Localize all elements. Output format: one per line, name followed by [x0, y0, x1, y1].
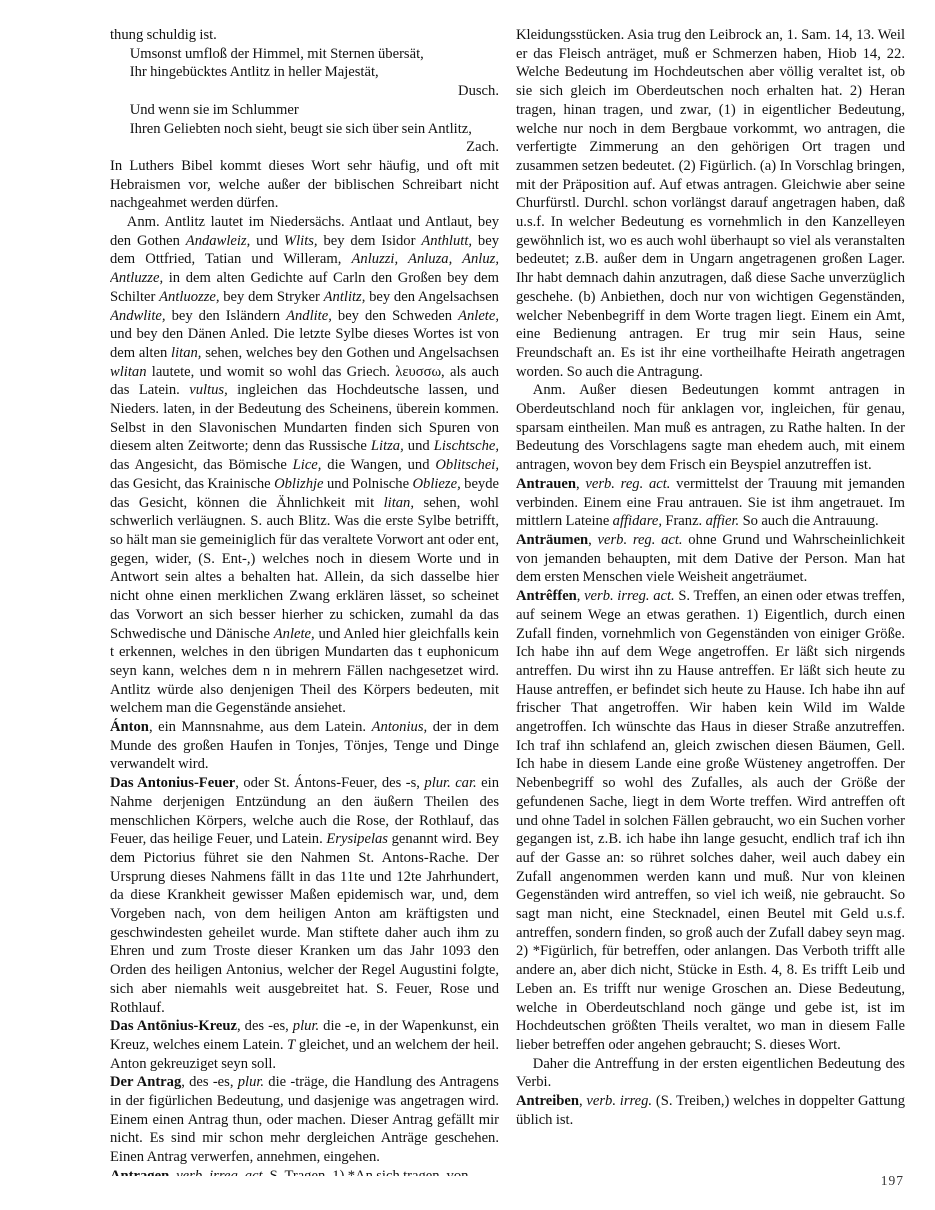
text-segment: S. Treffen, an einen oder etwas treffen,…: [516, 588, 905, 1053]
text-segment: Lischtsche,: [434, 438, 499, 454]
paragraph-antreffung: Daher die Antreffung in der ersten eigen…: [516, 1055, 905, 1092]
text-segment: bey den Angelsachsen: [365, 289, 499, 305]
text-segment: bey den Isländern: [166, 308, 287, 324]
headword: Antrêffen: [516, 588, 577, 604]
text-segment: Wlits,: [284, 233, 318, 249]
text-segment: , ein Mannsnahme, aus dem Latein.: [149, 719, 372, 735]
entry-antraeumen: Anträumen, verb. reg. act. ohne Grund un…: [516, 531, 905, 587]
text-segment: Ihr hingebücktes Antlitz in heller Majes…: [130, 64, 379, 80]
text-segment: genannt wird. Bey dem Pictorius führet s…: [110, 831, 499, 1015]
entry-antreiben: Antreiben, verb. irreg. (S. Treiben,) we…: [516, 1092, 905, 1129]
text-segment: Anlete,: [458, 308, 499, 324]
text-segment: ,: [588, 532, 597, 548]
left-column: thung schuldig ist.Umsonst umfloß der Hi…: [110, 26, 499, 1176]
text-segment: Andwlite,: [110, 308, 166, 324]
text-segment: vultus,: [189, 382, 228, 398]
poem-attribution: Dusch.: [110, 82, 499, 101]
text-segment: das Angesicht, das Bömische: [110, 457, 293, 473]
text-segment: Andawleiz,: [186, 233, 250, 249]
text-segment: Anlete,: [274, 626, 315, 642]
text-segment: Daher die Antreffung in der ersten eigen…: [516, 1056, 905, 1091]
text-segment: litan,: [171, 345, 201, 361]
page-number: 197: [881, 1173, 904, 1189]
text-segment: verb. reg. act.: [598, 532, 683, 548]
right-column: Kleidungsstücken. Asia trug den Leibrock…: [516, 26, 905, 1176]
headword: Antrauen: [516, 476, 576, 492]
entry-antonius-kreuz: Das Antōnius-Kreuz, des -es, plur. die -…: [110, 1017, 499, 1073]
text-segment: Litza,: [371, 438, 404, 454]
poem-line: Und wenn sie im Schlummer: [110, 101, 499, 120]
text-segment: sehen, wohl schwerlich verläugnen. S. au…: [110, 495, 499, 642]
text-segment: Antluozze,: [159, 289, 219, 305]
text-segment: Ihren Geliebten noch sieht, beugt sie si…: [130, 121, 472, 137]
text-segment: verb. irreg.: [586, 1093, 652, 1109]
text-segment: Andlite,: [286, 308, 332, 324]
headword: Antragen: [110, 1168, 169, 1176]
text-segment: und: [404, 438, 434, 454]
entry-antragen: Antragen, verb. irreg. act. S. Tragen. 1…: [110, 1167, 499, 1176]
paragraph: In Luthers Bibel kommt dieses Wort sehr …: [110, 157, 499, 213]
text-segment: Umsonst umfloß der Himmel, mit Sternen ü…: [130, 46, 424, 62]
entry-antonius-feuer: Das Antonius-Feuer, oder St. Ántons-Feue…: [110, 774, 499, 1017]
text-segment: Dusch.: [458, 83, 499, 99]
headword: Der Antrag: [110, 1074, 181, 1090]
entry-anton: Ánton, ein Mannsnahme, aus dem Latein. A…: [110, 718, 499, 774]
text-segment: Kleidungsstücken. Asia trug den Leibrock…: [516, 27, 905, 380]
text-segment: Anthlutt,: [421, 233, 472, 249]
text-segment: litan,: [384, 495, 414, 511]
text-segment: plur.: [293, 1018, 319, 1034]
text-segment: , des -es,: [181, 1074, 237, 1090]
dictionary-page: thung schuldig ist.Umsonst umfloß der Hi…: [0, 0, 935, 1210]
headword: Das Antonius-Feuer: [110, 775, 235, 791]
headword: Anträumen: [516, 532, 588, 548]
text-segment: bey dem Isidor: [318, 233, 422, 249]
poem-line: Ihr hingebücktes Antlitz in heller Majes…: [110, 63, 499, 82]
entry-antrag: Der Antrag, des -es, plur. die -träge, d…: [110, 1073, 499, 1167]
headword: Das Antōnius-Kreuz: [110, 1018, 237, 1034]
entry-antreffen: Antrêffen, verb. irreg. act. S. Treffen,…: [516, 587, 905, 1055]
text-segment: In Luthers Bibel kommt dieses Wort sehr …: [110, 158, 499, 211]
text-segment: wlitan: [110, 364, 147, 380]
anmerkung-antlitz: Anm. Antlitz lautet im Niedersächs. Antl…: [110, 213, 499, 718]
text-segment: Oblitschei,: [435, 457, 499, 473]
continuation-antragen: Kleidungsstücken. Asia trug den Leibrock…: [516, 26, 905, 381]
text-segment: die Wangen, und: [321, 457, 435, 473]
text-segment: verb. reg. act.: [585, 476, 670, 492]
text-segment: Zach.: [466, 139, 499, 155]
text-segment: affier.: [706, 513, 740, 529]
text-segment: Oblizhje: [274, 476, 323, 492]
continuation-antlitz: thung schuldig ist.: [110, 26, 499, 45]
text-segment: verb. irreg. act.: [176, 1168, 266, 1176]
text-segment: bey dem Stryker: [220, 289, 324, 305]
text-segment: Erysipelas: [326, 831, 388, 847]
text-segment: , des -es,: [237, 1018, 293, 1034]
text-segment: das Gesicht, das Krainische: [110, 476, 274, 492]
headword: Ánton: [110, 719, 149, 735]
headword: Antreiben: [516, 1093, 579, 1109]
poem-line: Ihren Geliebten noch sieht, beugt sie si…: [110, 120, 499, 139]
text-segment: und Polnische: [324, 476, 413, 492]
text-segment: affidare,: [613, 513, 662, 529]
text-segment: Oblieze,: [412, 476, 460, 492]
entry-antrauen: Antrauen, verb. reg. act. vermittelst de…: [516, 475, 905, 531]
text-segment: und: [250, 233, 284, 249]
poem-line: Umsonst umfloß der Himmel, mit Sternen ü…: [110, 45, 499, 64]
text-segment: thung schuldig ist.: [110, 27, 217, 43]
poem-attribution: Zach.: [110, 138, 499, 157]
text-segment: plur. car.: [424, 775, 476, 791]
text-segment: bey den Schweden: [332, 308, 458, 324]
text-segment: Antonius,: [372, 719, 428, 735]
text-segment: , oder St. Ántons-Feuer, des -s,: [235, 775, 424, 791]
text-segment: plur.: [238, 1074, 264, 1090]
text-segment: sehen, welches bey den Gothen und Angels…: [201, 345, 499, 361]
text-segment: Lice,: [293, 457, 322, 473]
text-segment: S. Tragen. 1) *An sich tragen, von: [266, 1168, 468, 1176]
anmerkung-antragen: Anm. Außer diesen Bedeutungen kommt antr…: [516, 381, 905, 475]
text-segment: verb. irreg. act.: [584, 588, 675, 604]
text-segment: Anm. Außer diesen Bedeutungen kommt antr…: [516, 382, 905, 473]
text-segment: So auch die Antrauung.: [739, 513, 878, 529]
text-segment: ,: [576, 476, 585, 492]
text-segment: Franz.: [662, 513, 706, 529]
text-segment: Und wenn sie im Schlummer: [130, 102, 299, 118]
text-segment: ,: [577, 588, 584, 604]
text-segment: Antlitz,: [324, 289, 366, 305]
